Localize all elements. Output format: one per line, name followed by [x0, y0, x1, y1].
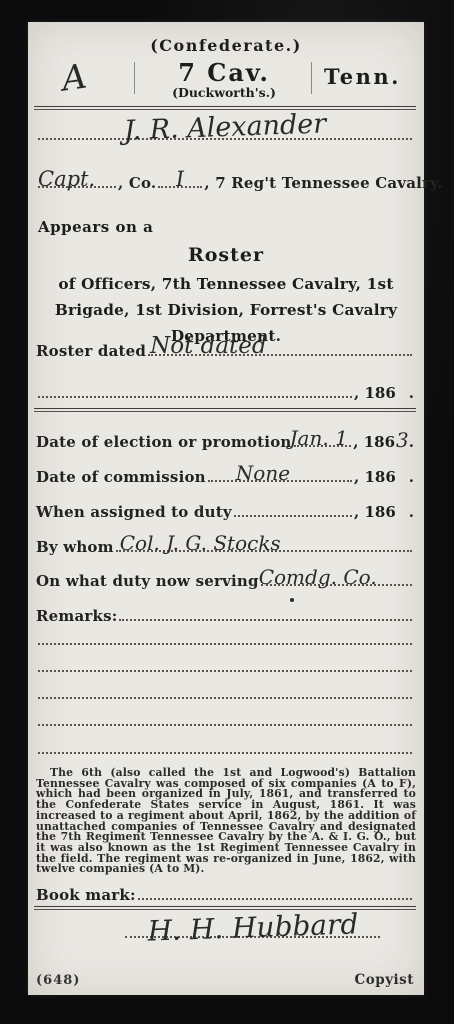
double-rule — [34, 906, 416, 910]
field-underline: Comdg. Co. — [261, 568, 412, 586]
field-value: Comdg. Co. — [259, 565, 377, 589]
field-value: Jan. 1 — [290, 426, 348, 450]
soldier-name-line: J. R. Alexander — [36, 122, 414, 156]
form-number: (648) — [36, 973, 80, 988]
field-label: By whom — [36, 538, 114, 556]
rank-underline: Capt. — [38, 170, 116, 188]
year-period: . — [409, 433, 414, 451]
copyist-signature: H. H. Hubbard — [147, 907, 359, 947]
field-label: On what duty now serving — [36, 572, 259, 590]
ink-dot — [290, 598, 294, 602]
field-label: When assigned to duty — [36, 503, 232, 521]
remarks-label: Remarks: — [36, 607, 117, 625]
roster-dated-line: Roster dated Not dated — [36, 338, 414, 364]
year-prefix: , 186 — [354, 503, 396, 521]
rank-value: Capt. — [38, 167, 95, 191]
blank-line — [38, 752, 412, 754]
year-period: . — [409, 384, 414, 402]
field-value: Col. J. G. Stocks — [120, 531, 281, 555]
column-divider — [311, 62, 312, 94]
field-row-commission: Date of commission None , 186 . — [36, 464, 414, 488]
remarks-underline — [119, 603, 412, 621]
blank-line — [38, 643, 412, 645]
field-value: None — [236, 461, 290, 485]
copyist-label: Copyist — [355, 972, 415, 988]
field-row-by-whom: By whom Col. J. G. Stocks — [36, 534, 414, 558]
field-row-assigned: When assigned to duty , 186 . — [36, 499, 414, 523]
unit-number: 7 Cav. — [140, 58, 308, 87]
year-handwritten-digit: 3 — [396, 428, 409, 452]
company-value: I — [176, 166, 185, 190]
field-row-duty-serving: On what duty now serving Comdg. Co. — [36, 568, 414, 592]
confederate-heading: (Confederate.) — [28, 36, 424, 55]
file-letter: A — [59, 56, 89, 99]
appears-on-label: Appears on a — [38, 218, 153, 236]
regiment-label: , 7 Reg't Tennessee Cavalry. — [204, 174, 442, 192]
field-underline — [234, 499, 352, 517]
signature-line: H. H. Hubbard — [123, 920, 382, 960]
unit-block: 7 Cav. (Duckworth's.) — [140, 58, 308, 100]
field-row-election: Date of election or promotion Jan. 1 , 1… — [36, 428, 414, 452]
blank-line — [38, 670, 412, 672]
year-prefix: , 186 — [354, 384, 396, 402]
roster-dated-label: Roster dated — [36, 342, 146, 360]
footnote-paragraph: The 6th (also called the 1st and Logwood… — [36, 768, 416, 875]
card-footer: (648) Copyist — [36, 966, 414, 988]
blank-line — [38, 724, 412, 726]
year-period: . — [409, 468, 414, 486]
signature-underline: H. H. Hubbard — [125, 920, 380, 938]
roster-dated-value: Not dated — [150, 333, 267, 359]
card-header: A 7 Cav. (Duckworth's.) Tenn. — [28, 58, 424, 106]
field-underline: Jan. 1 — [294, 429, 352, 447]
roster-year-line: , 186 . — [36, 380, 414, 402]
service-record-card: (Confederate.) A 7 Cav. (Duckworth's.) T… — [28, 22, 424, 995]
double-rule — [34, 408, 416, 412]
book-mark-label: Book mark: — [36, 886, 136, 904]
microfilm-background: (Confederate.) A 7 Cav. (Duckworth's.) T… — [0, 0, 454, 1024]
field-label: Date of commission — [36, 468, 206, 486]
column-divider — [134, 62, 135, 94]
field-underline: None — [208, 464, 352, 482]
field-underline: Col. J. G. Stocks — [116, 534, 412, 552]
year-prefix: , 186 — [354, 468, 396, 486]
book-mark-underline — [138, 882, 412, 900]
book-mark-line: Book mark: — [36, 882, 414, 904]
field-label: Date of election or promotion — [36, 433, 292, 451]
company-label: , Co. — [118, 174, 156, 192]
unit-alias: (Duckworth's.) — [140, 85, 308, 100]
record-title: Roster — [28, 244, 424, 266]
double-rule — [34, 106, 416, 110]
rank-company-line: Capt. , Co. I , 7 Reg't Tennessee Cavalr… — [36, 170, 414, 200]
remarks-line: Remarks: — [36, 603, 414, 625]
company-underline: I — [158, 170, 202, 188]
roster-dated-underline: Not dated — [148, 338, 412, 356]
state-abbr: Tenn. — [324, 64, 401, 89]
blank-line — [38, 697, 412, 699]
soldier-name: J. R. Alexander — [123, 108, 326, 146]
name-underline: J. R. Alexander — [38, 122, 412, 140]
year-period: . — [409, 503, 414, 521]
year-prefix: , 186 — [353, 433, 395, 451]
year-underline — [38, 380, 352, 398]
